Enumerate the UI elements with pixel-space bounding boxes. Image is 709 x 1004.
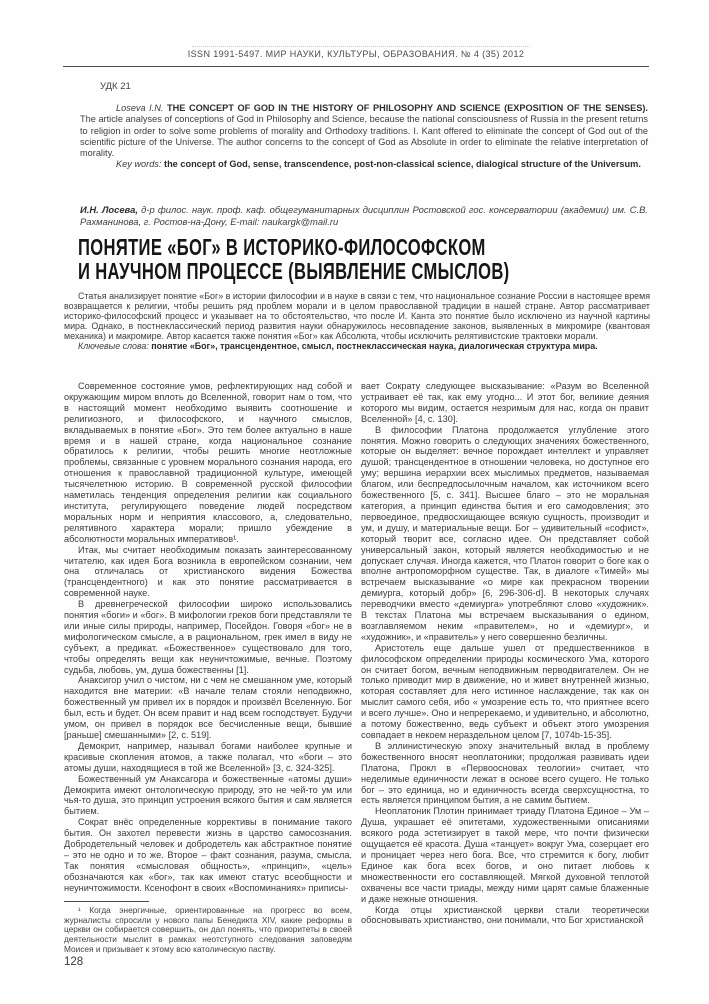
russian-abstract: Статья анализирует понятие «Бог» в истор…: [64, 291, 650, 352]
author-affiliation: д-р филос. наук. проф. каф. общегуманита…: [80, 204, 648, 227]
abstract-title-en: THE CONCEPT OF GOD IN THE HISTORY OF PHI…: [167, 103, 648, 113]
journal-header: ISSN 1991-5497. МИР НАУКИ, КУЛЬТУРЫ, ОБР…: [63, 49, 649, 59]
footnote-divider: [64, 901, 149, 902]
paragraph: Сократ внёс определенные коррективы в по…: [64, 817, 352, 893]
keywords-en: the concept of God, sense, transcendence…: [164, 159, 641, 169]
author-name: И.Н. Лосева,: [80, 204, 138, 215]
paragraph: Итак, мы считает необходимым показать за…: [64, 545, 352, 600]
left-column: Современное состояние умов, рефлектирующ…: [64, 381, 352, 955]
scan-artifact-line: [192, 46, 530, 47]
header-divider: [63, 66, 649, 67]
article-title-line-2: И НАУЧНОМ ПРОЦЕССЕ (ВЫЯВЛЕНИЕ СМЫСЛОВ): [78, 260, 510, 284]
english-abstract: Loseva I.N. THE CONCEPT OF GOD IN THE HI…: [80, 103, 648, 171]
article-title-line-1: ПОНЯТИЕ «БОГ» В ИСТОРИКО-ФИЛОСОФСКОМ: [78, 236, 486, 260]
paragraph: Когда отцы христианской церкви стали тео…: [361, 905, 649, 927]
paragraph: Современное состояние умов, рефлектирующ…: [64, 381, 352, 545]
paragraph: В философии Платона продолжается углубле…: [361, 425, 649, 643]
russian-abstract-paragraph: Статья анализирует понятие «Бог» в истор…: [64, 291, 650, 341]
footnote-text: ¹ Когда энергичные, ориентированные на п…: [64, 906, 352, 956]
author-info: И.Н. Лосева, д-р филос. наук. проф. каф.…: [80, 204, 648, 227]
keywords-label-en: Key words:: [116, 159, 161, 169]
paragraph: Божественный ум Анаксагора и божественны…: [64, 774, 352, 818]
scanned-paper-page: ISSN 1991-5497. МИР НАУКИ, КУЛЬТУРЫ, ОБР…: [0, 0, 709, 1004]
page-number: 128: [64, 956, 83, 968]
english-abstract-paragraph: Loseva I.N. THE CONCEPT OF GOD IN THE HI…: [80, 103, 648, 159]
keywords-label-ru: Ключевые слова:: [78, 341, 149, 351]
paragraph: вает Сократу следующее высказывание: «Ра…: [361, 381, 649, 425]
paragraph: Аристотель еще дальше ушел от предшестве…: [361, 643, 649, 741]
paragraph: В древнегреческой философии широко испол…: [64, 599, 352, 675]
udk-label: УДК 21: [100, 81, 131, 92]
paragraph: В эллинистическую эпоху значительный вкл…: [361, 741, 649, 806]
paragraph: Анаксигор учил о чистом, ни с чем не сме…: [64, 675, 352, 740]
keywords-ru: понятие «Бог», трансцендентное, смысл, п…: [151, 341, 597, 351]
paragraph: Демокрит, например, называл богами наибо…: [64, 741, 352, 774]
right-column: вает Сократу следующее высказывание: «Ра…: [361, 381, 649, 955]
paragraph: Неоплатоник Плотин принимает триаду Плат…: [361, 806, 649, 904]
russian-keywords-line: Ключевые слова: понятие «Бог», трансценд…: [64, 341, 650, 351]
abstract-body-en: The article analyses of conceptions of G…: [80, 114, 648, 158]
article-title: ПОНЯТИЕ «БОГ» В ИСТОРИКО-ФИЛОСОФСКОМ И Н…: [78, 236, 653, 283]
body-columns: Современное состояние умов, рефлектирующ…: [64, 381, 649, 955]
english-keywords-line: Key words: the concept of God, sense, tr…: [80, 159, 648, 170]
abstract-author-en: Loseva I.N.: [116, 103, 163, 113]
